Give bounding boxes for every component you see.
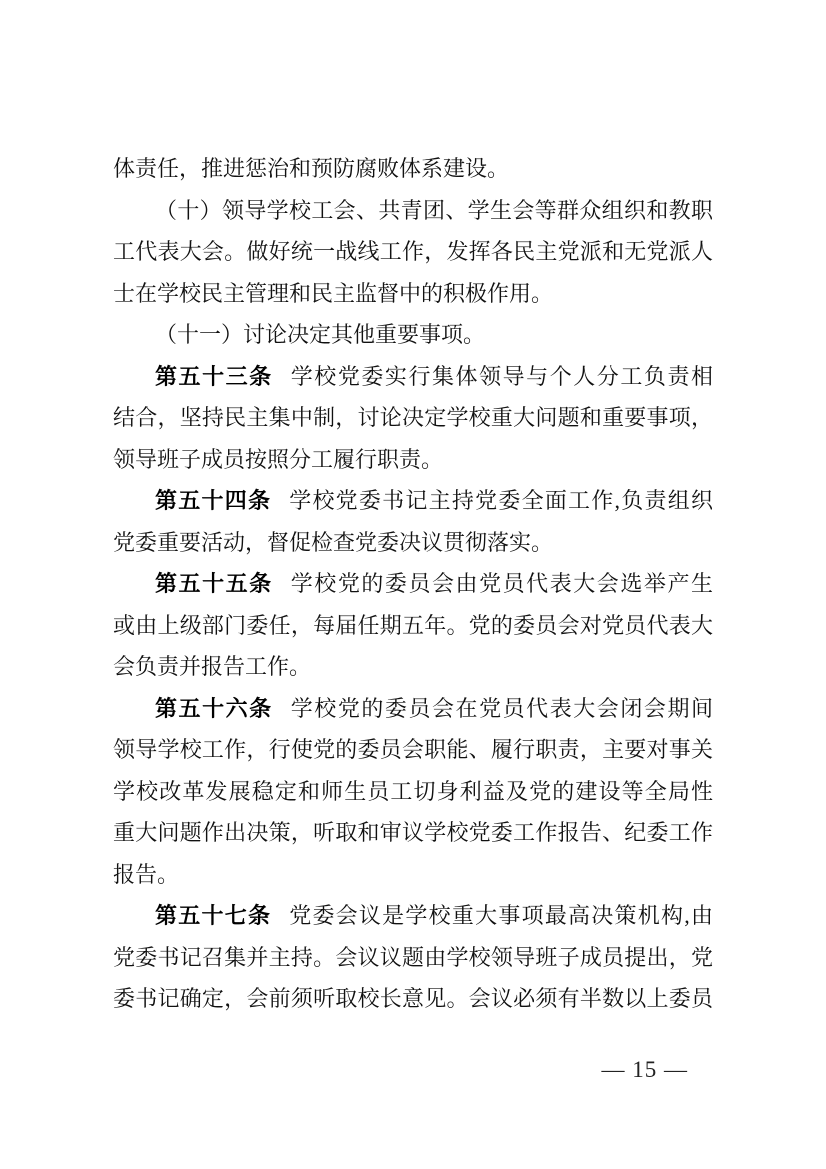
text-line: 领导班子成员按照分工履行职责。 xyxy=(113,439,713,481)
line-text: 体责任，推进惩治和预防腐败体系建设。 xyxy=(113,156,509,181)
page-footer: — 15 — xyxy=(602,1058,689,1082)
article-number: 第五十四条 xyxy=(155,488,271,513)
text-line: 会负责并报告工作。 xyxy=(113,646,713,688)
article-number: 第五十七条 xyxy=(155,903,271,928)
text-line: （十）领导学校工会、共青团、学生会等群众组织和教职 xyxy=(113,190,713,232)
text-line: 党委书记召集并主持。会议议题由学校领导班子成员提出，党 xyxy=(113,937,713,979)
text-line: 士在学校民主管理和民主监督中的积极作用。 xyxy=(113,273,713,315)
line-text: （十）领导学校工会、共青团、学生会等群众组织和教职 xyxy=(155,198,713,223)
line-text: 学校党的委员会由党员代表大会选举产生 xyxy=(291,571,713,596)
article-number: 第五十三条 xyxy=(155,364,273,389)
page-number: — 15 — xyxy=(602,1057,689,1082)
line-text: 学校党委书记主持党委全面工作,负责组织 xyxy=(289,488,713,513)
text-line: 学校改革发展稳定和师生员工切身利益及党的建设等全局性 xyxy=(113,771,713,813)
article-number: 第五十六条 xyxy=(155,696,273,721)
text-line: 第五十七条党委会议是学校重大事项最高决策机构,由 xyxy=(113,895,713,937)
text-line: 报告。 xyxy=(113,854,713,896)
line-text: （十一）讨论决定其他重要事项。 xyxy=(155,322,485,347)
text-line: 第五十五条学校党的委员会由党员代表大会选举产生 xyxy=(113,563,713,605)
line-text: 工代表大会。做好统一战线工作，发挥各民主党派和无党派人 xyxy=(113,239,713,264)
document-body: 体责任，推进惩治和预防腐败体系建设。（十）领导学校工会、共青团、学生会等群众组织… xyxy=(113,148,713,1020)
line-text: 或由上级部门委任，每届任期五年。党的委员会对党员代表大 xyxy=(113,613,713,638)
text-line: 或由上级部门委任，每届任期五年。党的委员会对党员代表大 xyxy=(113,605,713,647)
text-line: 工代表大会。做好统一战线工作，发挥各民主党派和无党派人 xyxy=(113,231,713,273)
text-line: 第五十四条学校党委书记主持党委全面工作,负责组织 xyxy=(113,480,713,522)
line-text: 学校党委实行集体领导与个人分工负责相 xyxy=(291,364,713,389)
text-line: 第五十六条学校党的委员会在党员代表大会闭会期间 xyxy=(113,688,713,730)
line-text: 学校党的委员会在党员代表大会闭会期间 xyxy=(291,696,713,721)
text-line: 重大问题作出决策，听取和审议学校党委工作报告、纪委工作 xyxy=(113,812,713,854)
line-text: 委书记确定，会前须听取校长意见。会议必须有半数以上委员 xyxy=(113,986,713,1011)
document-page: 体责任，推进惩治和预防腐败体系建设。（十）领导学校工会、共青团、学生会等群众组织… xyxy=(0,0,826,1169)
text-line: 结合，坚持民主集中制，讨论决定学校重大问题和重要事项， xyxy=(113,397,713,439)
text-line: （十一）讨论决定其他重要事项。 xyxy=(113,314,713,356)
text-line: 体责任，推进惩治和预防腐败体系建设。 xyxy=(113,148,713,190)
text-line: 领导学校工作，行使党的委员会职能、履行职责，主要对事关 xyxy=(113,729,713,771)
line-text: 士在学校民主管理和民主监督中的积极作用。 xyxy=(113,281,553,306)
line-text: 党委书记召集并主持。会议议题由学校领导班子成员提出，党 xyxy=(113,945,713,970)
text-line: 第五十三条学校党委实行集体领导与个人分工负责相 xyxy=(113,356,713,398)
line-text: 领导学校工作，行使党的委员会职能、履行职责，主要对事关 xyxy=(113,737,713,762)
text-line: 委书记确定，会前须听取校长意见。会议必须有半数以上委员 xyxy=(113,978,713,1020)
line-text: 重大问题作出决策，听取和审议学校党委工作报告、纪委工作 xyxy=(113,820,713,845)
text-line: 党委重要活动，督促检查党委决议贯彻落实。 xyxy=(113,522,713,564)
line-text: 学校改革发展稳定和师生员工切身利益及党的建设等全局性 xyxy=(113,779,713,804)
line-text: 结合，坚持民主集中制，讨论决定学校重大问题和重要事项， xyxy=(113,405,713,430)
article-number: 第五十五条 xyxy=(155,571,273,596)
line-text: 党委重要活动，督促检查党委决议贯彻落实。 xyxy=(113,530,553,555)
line-text: 党委会议是学校重大事项最高决策机构,由 xyxy=(289,903,713,928)
line-text: 报告。 xyxy=(113,862,179,887)
line-text: 会负责并报告工作。 xyxy=(113,654,311,679)
line-text: 领导班子成员按照分工履行职责。 xyxy=(113,447,443,472)
